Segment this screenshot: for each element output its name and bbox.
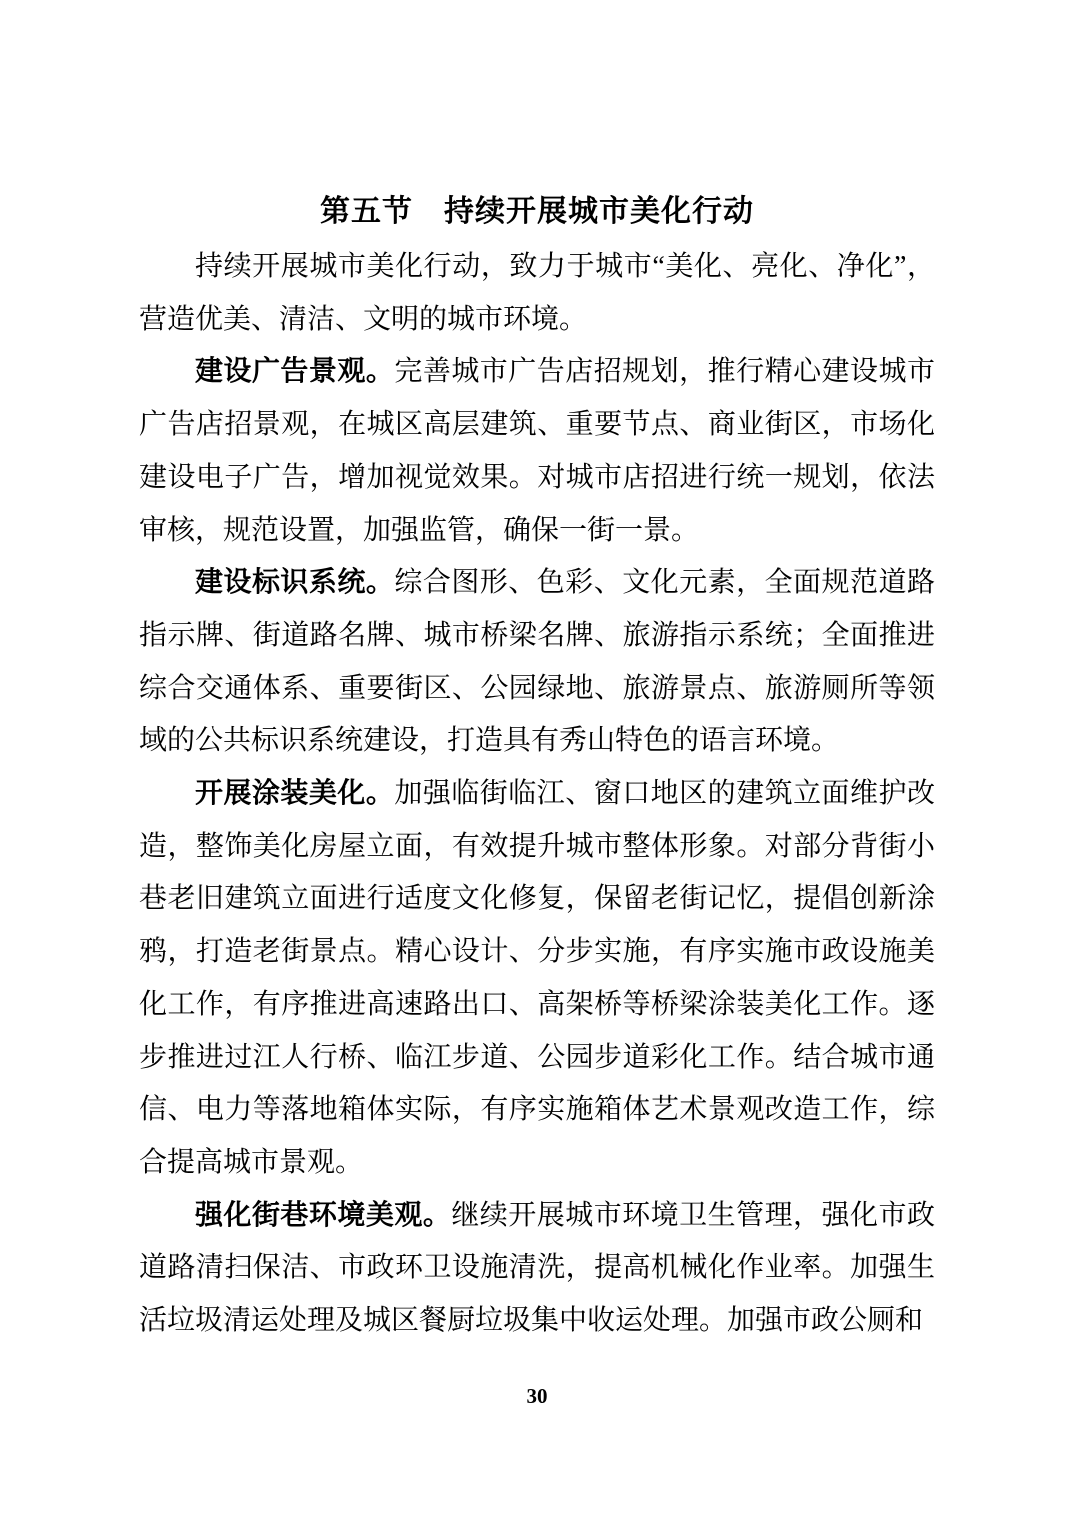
paragraph-street-environment-lead: 强化街巷环境美观。 bbox=[195, 1200, 451, 1231]
paragraph-painting-beautification-lead: 开展涂装美化。 bbox=[195, 778, 394, 809]
paragraph-signage-system: 建设标识系统。综合图形、色彩、文化元素，全面规范道路指示牌、街道路名牌、城市桥梁… bbox=[139, 557, 935, 768]
section-title: 第五节 持续开展城市美化行动 bbox=[139, 185, 935, 239]
paragraph-painting-beautification-text: 加强临街临江、窗口地区的建筑立面维护改造，整饰美化房屋立面，有效提升城市整体形象… bbox=[139, 778, 935, 1178]
page-number: 30 bbox=[0, 1384, 1074, 1409]
paragraph-street-environment: 强化街巷环境美观。继续开展城市环境卫生管理，强化市政道路清扫保洁、市政环卫设施清… bbox=[139, 1190, 935, 1348]
paragraph-advertising-landscape-lead: 建设广告景观。 bbox=[195, 356, 394, 387]
paragraph-intro-text: 持续开展城市美化行动，致力于城市“美化、亮化、净化”，营造优美、清洁、文明的城市… bbox=[139, 251, 935, 335]
document-page: 第五节 持续开展城市美化行动 持续开展城市美化行动，致力于城市“美化、亮化、净化… bbox=[0, 0, 1074, 1519]
paragraph-advertising-landscape: 建设广告景观。完善城市广告店招规划，推行精心建设城市广告店招景观，在城区高层建筑… bbox=[139, 346, 935, 557]
document-content: 第五节 持续开展城市美化行动 持续开展城市美化行动，致力于城市“美化、亮化、净化… bbox=[139, 185, 935, 1348]
paragraph-signage-system-lead: 建设标识系统。 bbox=[195, 567, 394, 598]
paragraph-painting-beautification: 开展涂装美化。加强临街临江、窗口地区的建筑立面维护改造，整饰美化房屋立面，有效提… bbox=[139, 768, 935, 1190]
paragraph-intro: 持续开展城市美化行动，致力于城市“美化、亮化、净化”，营造优美、清洁、文明的城市… bbox=[139, 241, 935, 346]
